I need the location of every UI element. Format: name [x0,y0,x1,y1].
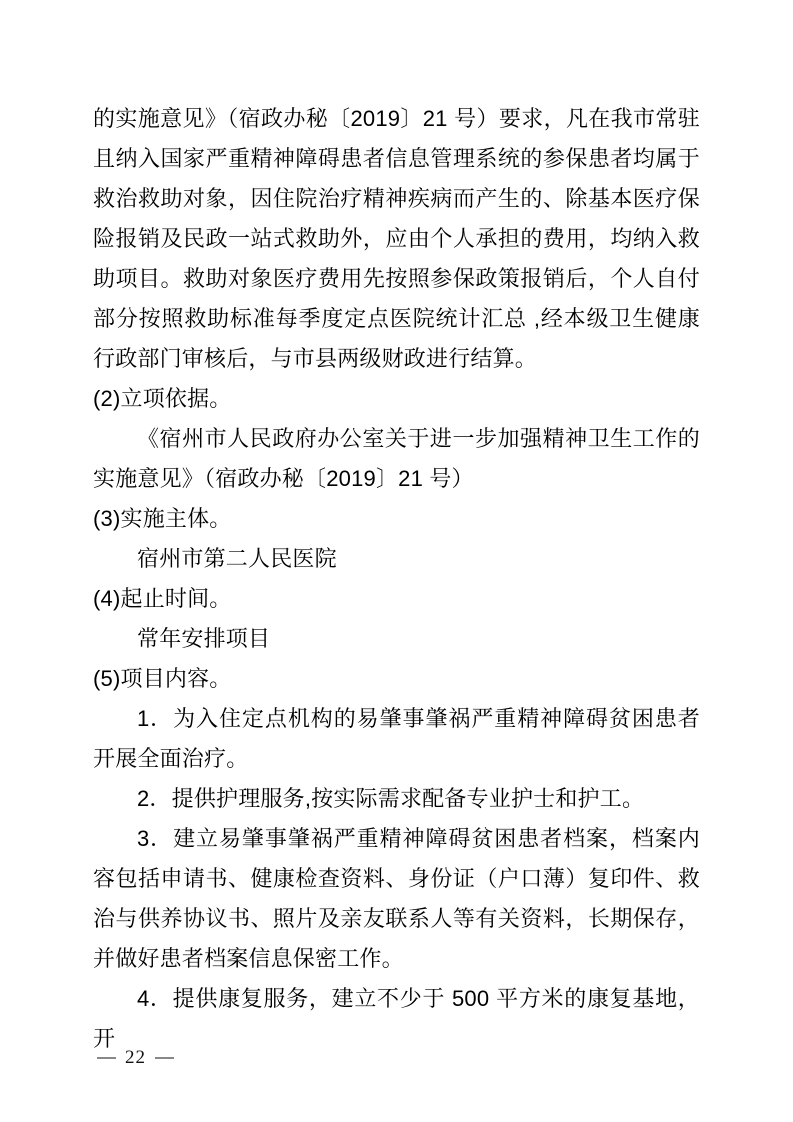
paragraph: (5)项目内容。 [93,659,700,699]
paragraph: 4．提供康复服务，建立不少于 500 平方米的康复基地，开 [93,979,700,1059]
document-page: 的实施意见》（宿政办秘〔2019〕21 号）要求，凡在我市常驻且纳入国家严重精神… [0,0,793,1122]
paragraph: 常年安排项目 [93,619,700,659]
paragraph: (4)起止时间。 [93,579,700,619]
document-body: 的实施意见》（宿政办秘〔2019〕21 号）要求，凡在我市常驻且纳入国家严重精神… [93,99,700,1059]
paragraph: 2．提供护理服务,按实际需求配备专业护士和护工。 [93,779,700,819]
paragraph: 1．为入住定点机构的易肇事肇祸严重精神障碍贫困患者开展全面治疗。 [93,699,700,779]
paragraph: (2)立项依据。 [93,379,700,419]
paragraph: 的实施意见》（宿政办秘〔2019〕21 号）要求，凡在我市常驻且纳入国家严重精神… [93,99,700,379]
footer-left-dash: — [97,1049,116,1067]
paragraph: 《宿州市人民政府办公室关于进一步加强精神卫生工作的实施意见》（宿政办秘〔2019… [93,419,700,499]
paragraph: 宿州市第二人民医院 [93,539,700,579]
paragraph: 3．建立易肇事肇祸严重精神障碍贫困患者档案，档案内容包括申请书、健康检查资料、身… [93,819,700,979]
footer-right-dash: — [155,1049,174,1067]
page-number: 22 [125,1047,146,1069]
page-footer: — 22 — [97,1046,174,1070]
paragraph: (3)实施主体。 [93,499,700,539]
